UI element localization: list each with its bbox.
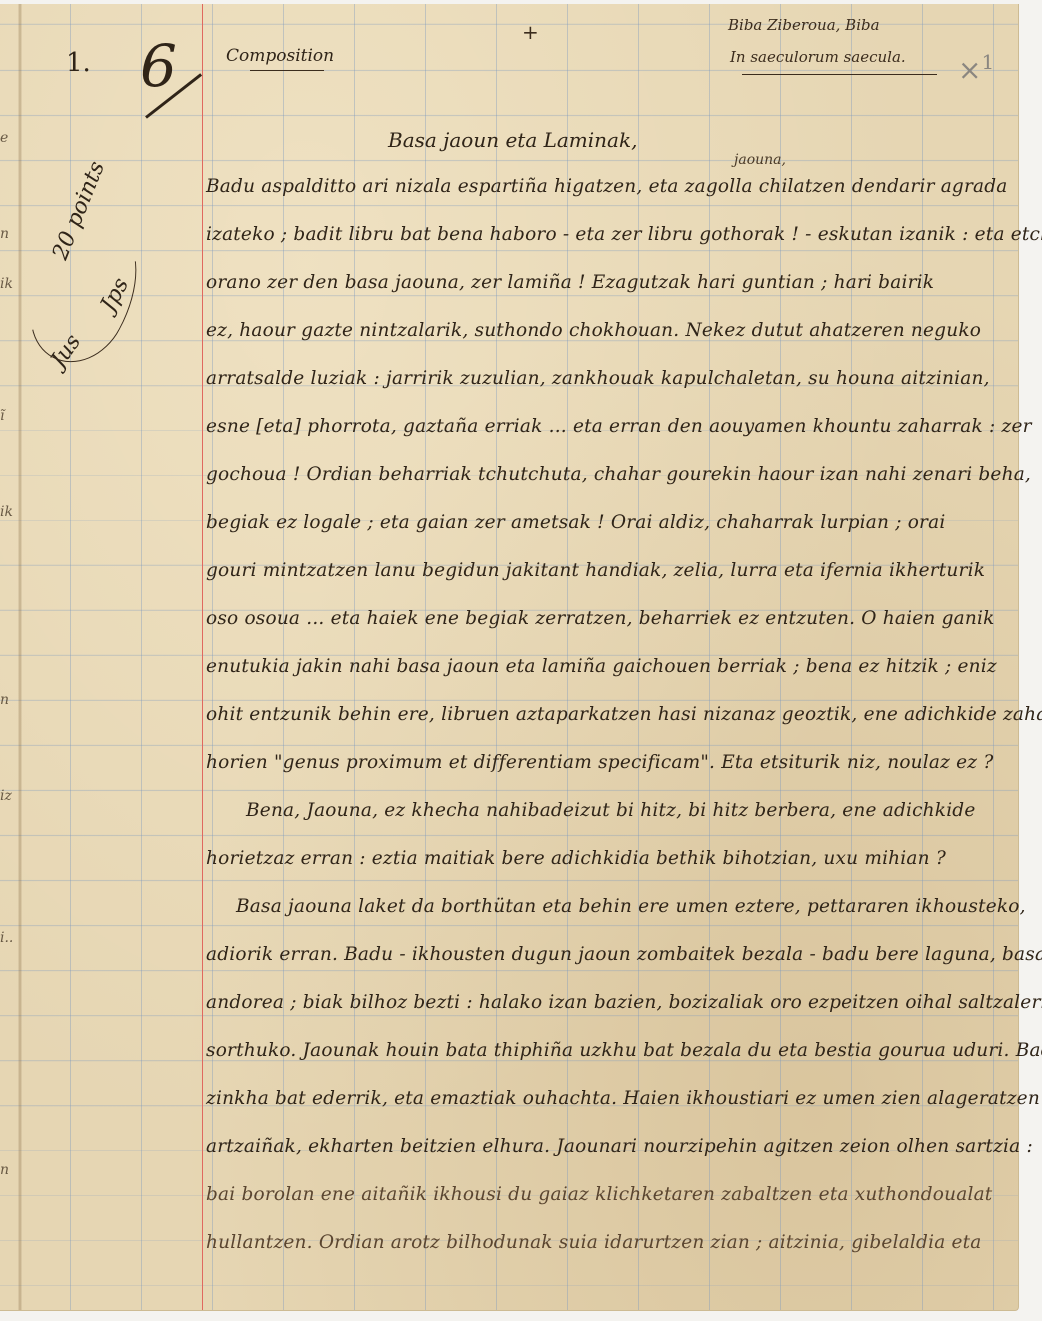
text-line: hullantzen. Ordian arotz bilhodunak suia… [206, 1232, 982, 1253]
margin-bleed-text: i.. [0, 930, 13, 946]
text-line: begiak ez logale ; eta gaian zer ametsak… [206, 512, 945, 533]
text-line: horien "genus proximum et differentiam s… [206, 752, 993, 773]
composition-underline [250, 70, 324, 71]
text-line: Badu aspalditto ari nizala espartiña hig… [206, 176, 1008, 197]
text-line: adiorik erran. Badu - ikhousten dugun ja… [206, 944, 1042, 965]
text-line: ohit entzunik behin ere, libruen aztapar… [206, 704, 1042, 725]
motto-line-1: Biba Ziberoua, Biba [728, 16, 880, 34]
text-line: enutukia jakin nahi basa jaoun eta lamiñ… [206, 656, 997, 677]
composition-label: Composition [226, 46, 334, 66]
inserted-correction: jaouna, [734, 152, 786, 168]
text-line: artzaiñak, ekharten beitzien elhura. Jao… [206, 1136, 1033, 1157]
red-margin-line [202, 4, 203, 1310]
item-number: 1. [66, 48, 91, 78]
text-line: horietzaz erran : eztia maitiak bere adi… [206, 848, 946, 869]
margin-bleed-text: e [0, 130, 8, 146]
text-line: esne [eta] phorrota, gaztaña erriak ... … [206, 416, 1032, 437]
paragraph-start-line: Basa jaouna laket da borthütan eta behin… [236, 896, 1026, 917]
text-line-with-strike: esne [eta] phorrota, gaztaña erriak ... … [206, 416, 1032, 437]
page-fold-crease [18, 4, 22, 1310]
margin-bleed-text: n [0, 692, 9, 708]
composition-title: Basa jaoun eta Laminak, [388, 128, 637, 152]
text-line: ez, haour gazte nintzalarik, suthondo ch… [206, 320, 981, 341]
margin-bleed-text: iz [0, 788, 12, 804]
margin-bleed-text: ik [0, 504, 13, 520]
text-line: oso osoua ... eta haiek ene begiak zerra… [206, 608, 994, 629]
text-line: gouri mintzatzen lanu begidun jakitant h… [206, 560, 985, 581]
margin-bleed-text: n [0, 1162, 9, 1178]
pencil-cross-mark: ×1 [958, 50, 994, 86]
text-line: zinkha bat ederrik, eta emaztiak ouhacht… [206, 1088, 1040, 1109]
text-line: andorea ; biak bilhoz bezti : halako iza… [206, 992, 1042, 1013]
margin-bleed-text: n [0, 226, 9, 242]
text-line: bai borolan ene aitañik ikhousi du gaiaz… [206, 1184, 992, 1205]
text-line: arratsalde luziak : jarririk zuzulian, z… [206, 368, 990, 389]
text-line: izateko ; badit libru bat bena haboro - … [206, 224, 1042, 245]
cross-mark: + [522, 20, 539, 44]
text-line: sorthuko. Jaounak houin bata thiphiña uz… [206, 1040, 1042, 1061]
margin-bleed-text: ik [0, 276, 13, 292]
motto-line-2: In saeculorum saecula. [730, 48, 906, 66]
motto-underline [742, 74, 937, 75]
text-line: orano zer den basa jaouna, zer lamiña ! … [206, 272, 934, 293]
notebook-page: e n ik ĩ ik n iz i.. n 1. 6 Composition … [0, 4, 1019, 1311]
text-line: gochoua ! Ordian beharriak tchutchuta, c… [206, 464, 1031, 485]
margin-bleed-text: ĩ [0, 408, 4, 424]
grade-mark: 6 [140, 32, 177, 100]
paragraph-start-line: Bena, Jaouna, ez khecha nahibadeizut bi … [246, 800, 976, 821]
